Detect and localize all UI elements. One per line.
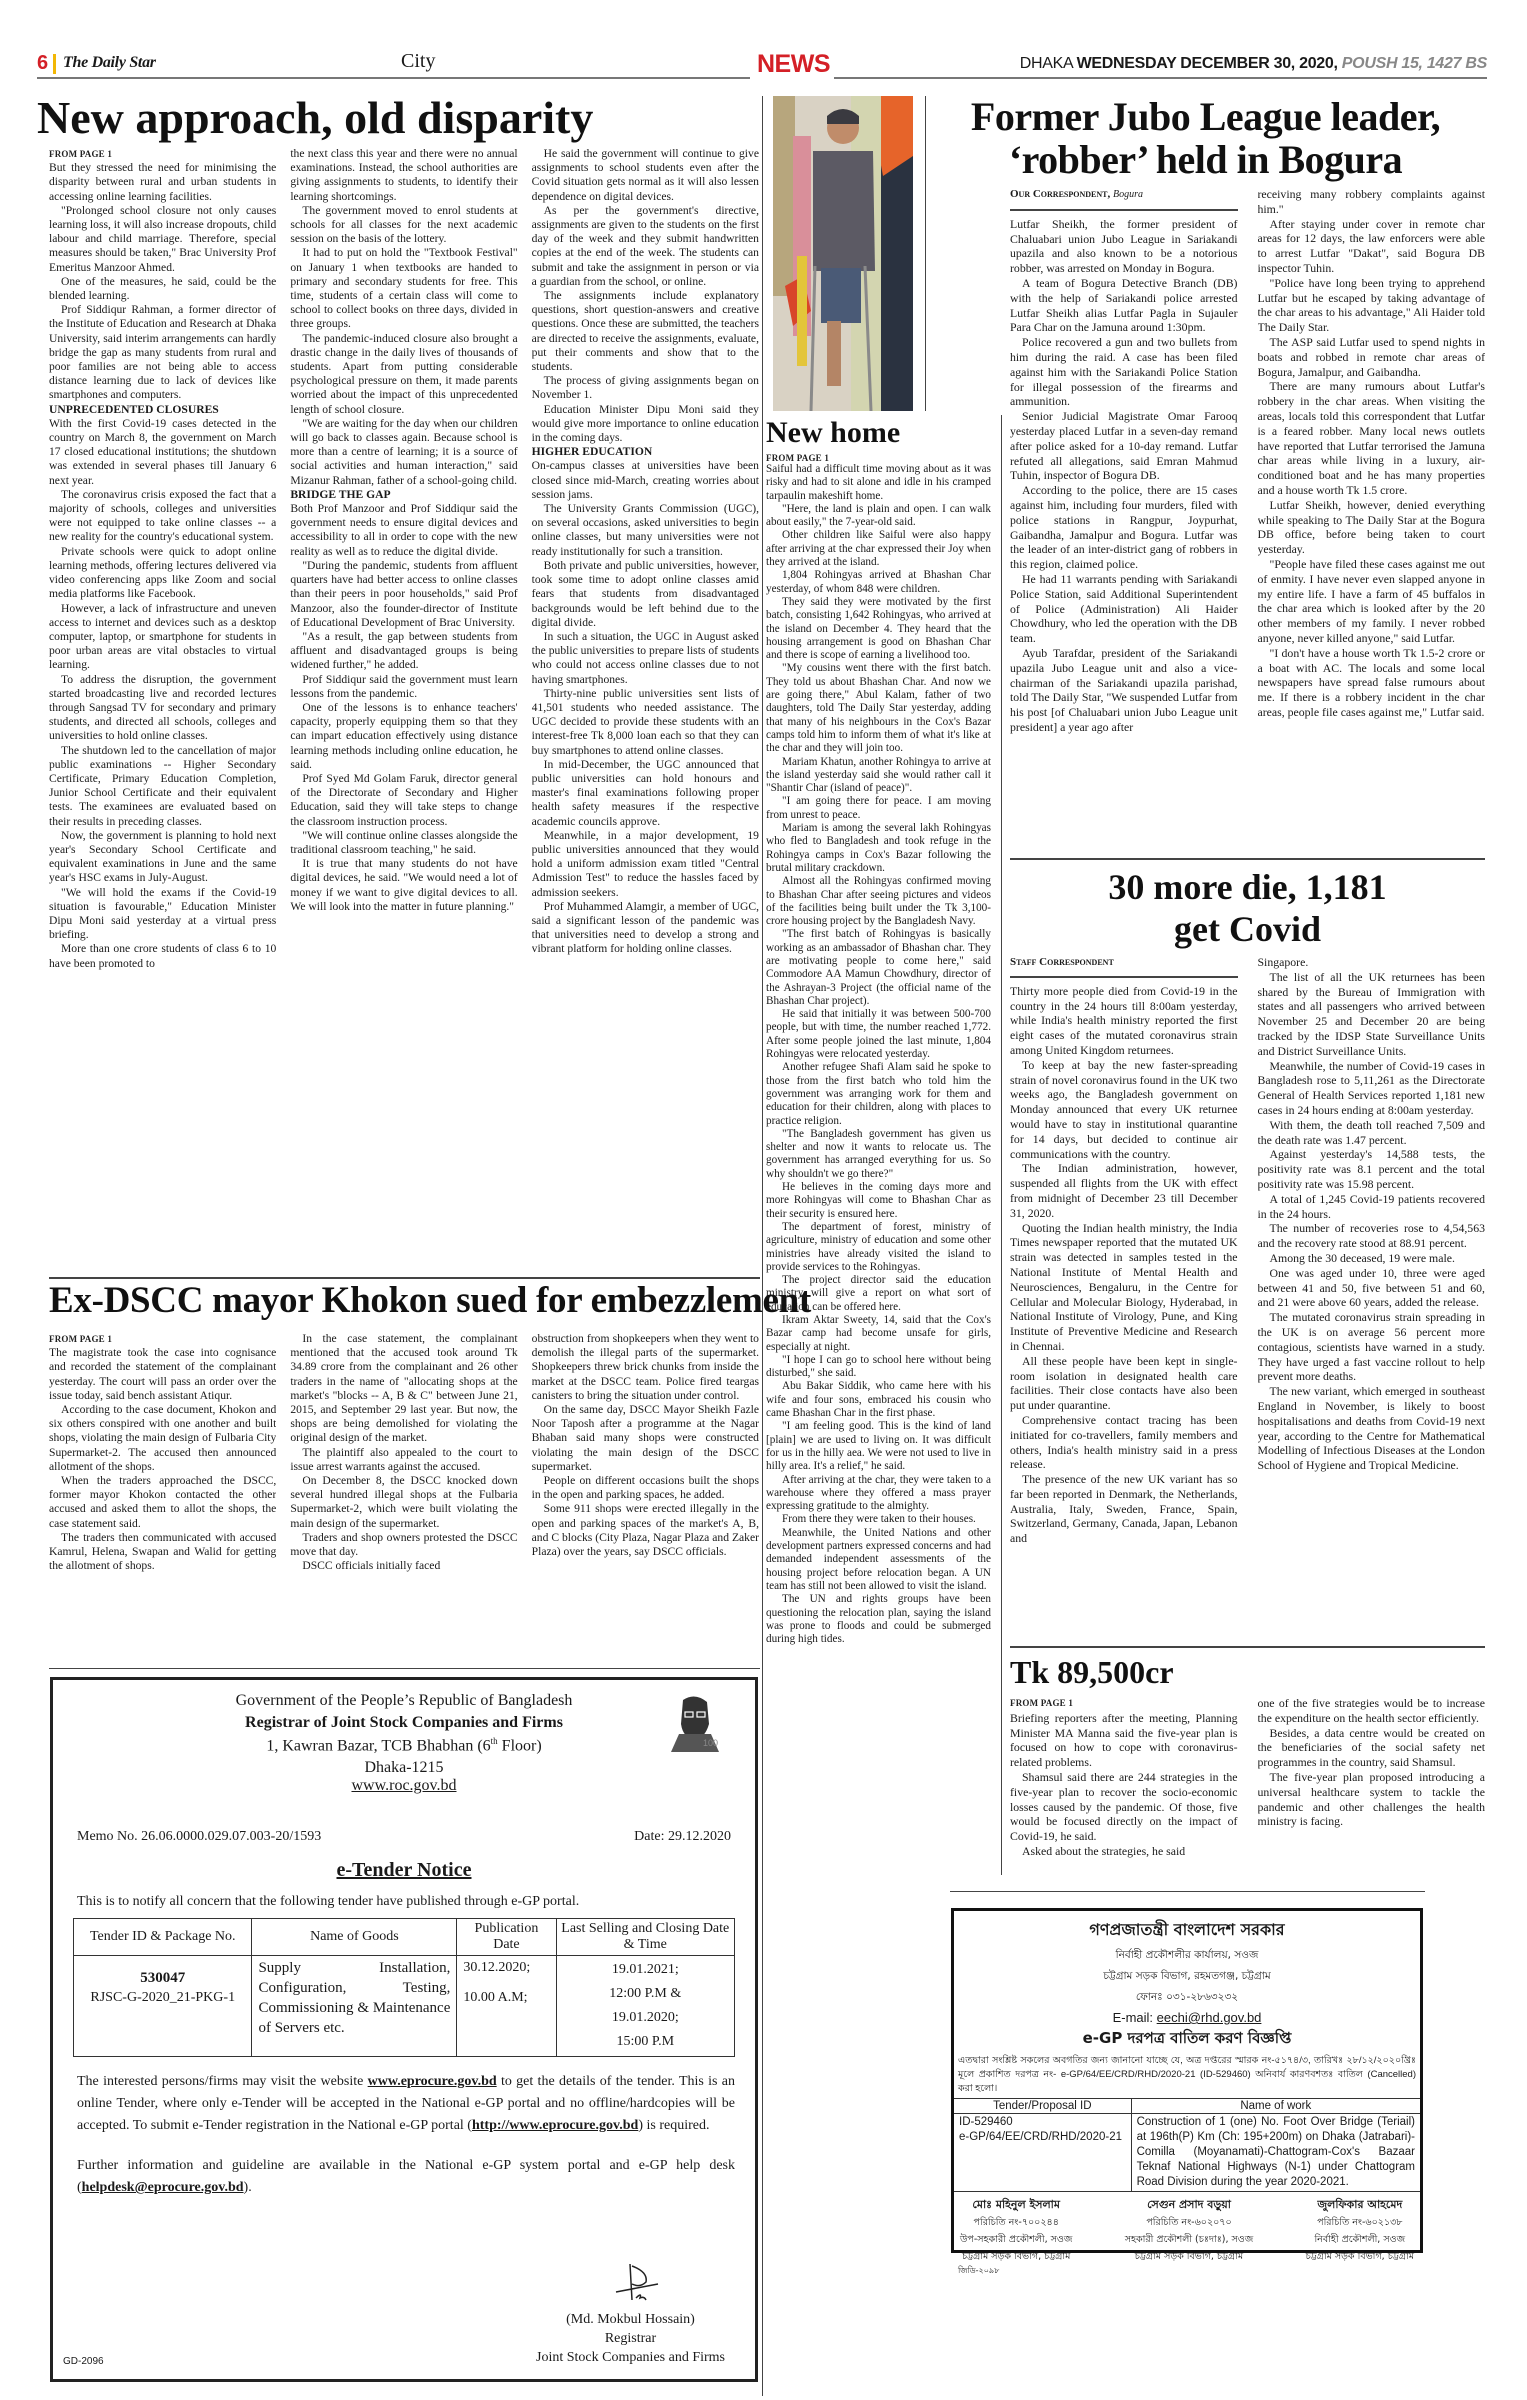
col-header: Name of Goods xyxy=(252,1919,457,1956)
paragraph: one of the five strategies would be to i… xyxy=(1258,1696,1486,1726)
paragraph: The presence of the new UK variant has s… xyxy=(1010,1472,1238,1546)
ad-email: E-mail: eechi@rhd.gov.bd xyxy=(954,2010,1420,2025)
article-tk-body: FROM PAGE 1Briefing reporters after the … xyxy=(1010,1696,1485,1876)
paragraph: the next class this year and there were … xyxy=(290,147,517,204)
article-newhome-body: Saiful had a difficult time moving about… xyxy=(766,463,991,1646)
col-header: Tender/Proposal ID xyxy=(954,2099,1131,2114)
masthead-divider xyxy=(53,54,56,74)
col-header: Tender ID & Package No. xyxy=(74,1919,252,1956)
paragraph: To address the disruption, the governmen… xyxy=(49,673,276,744)
paragraph: "I hope I can go to school here without … xyxy=(766,1354,991,1381)
work-name-cell: Construction of 1 (one) No. Foot Over Br… xyxy=(1131,2114,1420,2192)
paragraph: Meanwhile, the number of Covid-19 cases … xyxy=(1258,1059,1486,1118)
paragraph: Meanwhile, in a major development, 19 pu… xyxy=(532,829,759,900)
page-masthead: 6 The Daily Star City NEWS DHAKA WEDNESD… xyxy=(37,50,1487,80)
article-column: Our Correspondent, BoguraLutfar Sheikh, … xyxy=(1010,187,1238,735)
article-column: Singapore.The list of all the UK returne… xyxy=(1258,955,1486,1546)
paragraph: The five-year plan proposed introducing … xyxy=(1258,1770,1486,1829)
paragraph: There are many rumours about Lutfar's ro… xyxy=(1258,379,1486,497)
goods-cell: Supply Installation, Configuration, Test… xyxy=(252,1956,457,2057)
paragraph: "We will continue online classes alongsi… xyxy=(290,829,517,857)
paragraph: With them, the death toll reached 7,509 … xyxy=(1258,1118,1486,1148)
paragraph: Besides, a data centre would be created … xyxy=(1258,1726,1486,1770)
gd-code: GD-2096 xyxy=(63,2356,104,2367)
paragraph: The mutated coronavirus strain spreading… xyxy=(1258,1310,1486,1384)
paragraph: Mariam is among the several lakh Rohingy… xyxy=(766,822,991,875)
eprocure-link[interactable]: www.eprocure.gov.bd xyxy=(368,2074,497,2089)
etender-helpdesk: Further information and guideline are av… xyxy=(73,2155,735,2199)
paragraph: In such a situation, the UGC in August a… xyxy=(532,630,759,687)
paragraph: Prof Siddiqur said the government must l… xyxy=(290,673,517,701)
paragraph: "The first batch of Rohingyas is basical… xyxy=(766,928,991,1008)
paragraph: As per the government's directive, assig… xyxy=(532,204,759,289)
paragraph: "My cousins went there with the first ba… xyxy=(766,662,991,755)
paragraph: Thirty-nine public universities sent lis… xyxy=(532,687,759,758)
paragraph: "I am feeling good. This is the kind of … xyxy=(766,1420,991,1473)
paragraph: "As a result, the gap between students f… xyxy=(290,630,517,673)
paragraph: It had to put on hold the "Textbook Fest… xyxy=(290,246,517,331)
ad-title: e-GP দরপত্র বাতিল করণ বিজ্ঞপ্তি xyxy=(954,2027,1420,2052)
paragraph: Police recovered a gun and two bullets f… xyxy=(1010,335,1238,409)
subheading: HIGHER EDUCATION xyxy=(532,445,759,459)
byline: Staff Correspondent xyxy=(1010,955,1238,978)
paragraph: After staying under cover in remote char… xyxy=(1258,217,1486,276)
paragraph: Some 911 shops were erected illegally in… xyxy=(532,1502,759,1559)
paragraph: Singapore. xyxy=(1258,955,1486,970)
ad-organization: Registrar of Joint Stock Companies and F… xyxy=(73,1714,735,1732)
memo-number: Memo No. 26.06.0000.029.07.003-20/1593 xyxy=(77,1829,321,1845)
paragraph: The number of recoveries rose to 4,54,56… xyxy=(1258,1221,1486,1251)
paragraph: He had 11 warrants pending with Sariakan… xyxy=(1010,572,1238,646)
paragraph: With the first Covid-19 cases detected i… xyxy=(49,417,276,488)
ad-government-line: গণপ্রজাতন্ত্রী বাংলাদেশ সরকার xyxy=(954,1917,1420,1944)
paragraph: The shutdown led to the cancellation of … xyxy=(49,744,276,829)
paragraph: The pandemic-induced closure also brough… xyxy=(290,332,517,417)
article-newhome: New home FROM PAGE 1 Saiful had a diffic… xyxy=(766,418,991,1646)
publication-date-cell: 30.12.2020; 10.00 A.M; xyxy=(457,1956,556,2057)
category-label: NEWS xyxy=(757,50,830,79)
ad-address: 1, Kawran Bazar, TCB Bhabhan (6th Floor) xyxy=(73,1736,735,1755)
paragraph: A team of Bogura Detective Branch (DB) w… xyxy=(1010,276,1238,335)
table-row: ID-529460 e-GP/64/EE/CRD/RHD/2020-21 Con… xyxy=(954,2114,1420,2192)
paragraph: On the same day, DSCC Mayor Sheikh Fazle… xyxy=(532,1403,759,1474)
mujib-100-logo-icon: 100 xyxy=(665,1694,725,1752)
tender-id-cell: 530047 RJSC-G-2020_21-PKG-1 xyxy=(74,1956,252,2057)
closing-date-cell: 19.01.2021; 12:00 P.M & 19.01.2020; 15:0… xyxy=(556,1956,734,2057)
paragraph: The plaintiff also appealed to the court… xyxy=(290,1446,517,1474)
ad-phone: ফোনঃ ০৩১-২৮৬৩২৩২ xyxy=(954,1990,1420,2007)
article-jubo-body: Our Correspondent, BoguraLutfar Sheikh, … xyxy=(1010,187,1485,827)
paragraph: He said the government will continue to … xyxy=(532,147,759,204)
paragraph: In mid-December, the UGC announced that … xyxy=(532,758,759,829)
col-header: Last Selling and Closing Date & Time xyxy=(556,1919,734,1956)
memo-date: Date: 29.12.2020 xyxy=(634,1829,731,1845)
tender-id-cell: ID-529460 e-GP/64/EE/CRD/RHD/2020-21 xyxy=(954,2114,1131,2192)
paragraph: The coronavirus crisis exposed the fact … xyxy=(49,488,276,545)
article-separator xyxy=(49,1668,760,1669)
etender-notify-text: This is to notify all concern that the f… xyxy=(73,1894,735,1910)
paragraph: "The Bangladesh government has given us … xyxy=(766,1128,991,1181)
article-separator xyxy=(1010,1646,1485,1648)
paragraph: When the traders approached the DSCC, fo… xyxy=(49,1474,276,1531)
news-photo xyxy=(773,96,913,411)
signatory: সেগুন প্রসাদ বড়ুয়াপরিচিতি নং-৬০২০৭০সহক… xyxy=(1125,2196,1254,2265)
table-row: 530047 RJSC-G-2020_21-PKG-1 Supply Insta… xyxy=(74,1956,735,2057)
article-separator xyxy=(1010,858,1485,860)
paragraph: Other children like Saiful were also hap… xyxy=(766,529,991,569)
headline-jubo-league[interactable]: Former Jubo League leader, ‘robber’ held… xyxy=(928,95,1483,181)
paragraph: "We will hold the exams if the Covid-19 … xyxy=(49,886,276,943)
from-page-label: FROM PAGE 1 xyxy=(49,147,276,161)
etender-title: e-Tender Notice xyxy=(73,1859,735,1882)
paragraph: One was aged under 10, three were aged b… xyxy=(1258,1266,1486,1310)
paragraph: Abu Bakar Siddik, who came here with his… xyxy=(766,1380,991,1420)
paragraph: Among the 30 deceased, 19 were male. xyxy=(1258,1251,1486,1266)
paragraph: Ayub Tarafdar, president of the Sariakan… xyxy=(1010,646,1238,735)
article-columns: Staff CorrespondentThirty more people di… xyxy=(1010,955,1485,1546)
paragraph: "Prolonged school closure not only cause… xyxy=(49,204,276,275)
paragraph: Prof Syed Md Golam Faruk, director gener… xyxy=(290,772,517,829)
paragraph: Prof Muhammed Alamgir, a member of UGC, … xyxy=(532,900,759,957)
paragraph: Almost all the Rohingyas confirmed movin… xyxy=(766,875,991,928)
gd-code: জিডি-২০৯৮ xyxy=(954,2265,1420,2278)
signatory: জুলফিকার আহমেদপরিচিতি নং-৬০২১৩৮নির্বাহী … xyxy=(1306,2196,1414,2265)
paragraph: "Here, the land is plain and open. I can… xyxy=(766,503,991,530)
paragraph: On-campus classes at universities have b… xyxy=(532,459,759,502)
paragraph: Both private and public universities, ho… xyxy=(532,559,759,630)
paragraph: Briefing reporters after the meeting, Pl… xyxy=(1010,1711,1238,1770)
headline-newhome[interactable]: New home xyxy=(766,418,991,448)
paragraph: Another refugee Shafi Alam said he spoke… xyxy=(766,1061,991,1127)
paragraph: He believes in the coming days more and … xyxy=(766,1181,991,1221)
paragraph: Against yesterday's 14,588 tests, the po… xyxy=(1258,1147,1486,1191)
masthead-rule xyxy=(834,77,1487,79)
paper-logo[interactable]: The Daily Star xyxy=(63,54,156,72)
paragraph: Prof Siddiqur Rahman, a former director … xyxy=(49,303,276,402)
subheading: BRIDGE THE GAP xyxy=(290,488,517,502)
paragraph: The magistrate took the case into cognis… xyxy=(49,1346,276,1403)
paragraph: Lutfar Sheikh, however, denied everythin… xyxy=(1258,498,1486,557)
paragraph: The Indian administration, however, susp… xyxy=(1010,1161,1238,1220)
tender-table: Tender ID & Package No. Name of Goods Pu… xyxy=(73,1918,735,2057)
article-column: receiving many robbery complaints agains… xyxy=(1258,187,1486,735)
paragraph: More than one crore students of class 6 … xyxy=(49,942,276,970)
paragraph: The government moved to enrol students a… xyxy=(290,204,517,247)
article-column: He said the government will continue to … xyxy=(532,147,759,971)
headline-covid[interactable]: 30 more die, 1,181 get Covid xyxy=(1010,866,1485,950)
headline-tk-89500cr[interactable]: Tk 89,500cr xyxy=(1010,1656,1174,1688)
article-column: one of the five strategies would be to i… xyxy=(1258,1696,1486,1859)
etender-notice-ad: 100 Government of the People’s Republic … xyxy=(50,1677,758,2382)
paragraph: A total of 1,245 Covid-19 patients recov… xyxy=(1258,1192,1486,1222)
byline: Our Correspondent, Bogura xyxy=(1010,187,1238,211)
paragraph: One of the lessons is to enhance teacher… xyxy=(290,701,517,772)
signature-block: (Md. Mokbul Hossain) Registrar Joint Sto… xyxy=(536,2262,725,2367)
ad-website-link[interactable]: www.roc.gov.bd xyxy=(73,1777,735,1795)
headline-disparity[interactable]: New approach, old disparity xyxy=(37,95,593,141)
paragraph: After arriving at the char, they were ta… xyxy=(766,1474,991,1514)
article-column: FROM PAGE 1Briefing reporters after the … xyxy=(1010,1696,1238,1859)
cancelled-tender-table: Tender/Proposal ID Name of work ID-52946… xyxy=(954,2098,1420,2192)
eprocure-http-link[interactable]: http://www.eprocure.gov.bd xyxy=(472,2118,638,2133)
article-column: Staff CorrespondentThirty more people di… xyxy=(1010,955,1238,1546)
paragraph: Lutfar Sheikh, the former president of C… xyxy=(1010,217,1238,276)
egp-cancellation-notice-ad: গণপ্রজাতন্ত্রী বাংলাদেশ সরকার নির্বাহী প… xyxy=(951,1908,1423,2253)
signatories: মোঃ মহিনুল ইসলামপরিচিতি নং-৭০০২৪৪উপ-সহকা… xyxy=(954,2192,1420,2265)
paragraph: Thirty more people died from Covid-19 in… xyxy=(1010,984,1238,1058)
paragraph: According to the case document, Khokon a… xyxy=(49,1403,276,1474)
paragraph: Meanwhile, the United Nations and other … xyxy=(766,1527,991,1593)
headline-khokon[interactable]: Ex-DSCC mayor Khokon sued for embezzleme… xyxy=(49,1282,811,1319)
paragraph: People on different occasions built the … xyxy=(532,1474,759,1502)
issue-date: DHAKA WEDNESDAY DECEMBER 30, 2020, POUSH… xyxy=(1020,55,1487,73)
from-page-label: FROM PAGE 1 xyxy=(1010,1696,1238,1711)
paragraph: obstruction from shopkeepers when they w… xyxy=(532,1332,759,1403)
paragraph: However, a lack of infrastructure and un… xyxy=(49,602,276,673)
ad-division: চট্টগ্রাম সড়ক বিভাগ, রহমতগঞ্জ, চট্টগ্রা… xyxy=(954,1969,1420,1986)
paragraph: Asked about the strategies, he said xyxy=(1010,1844,1238,1859)
signatory: মোঃ মহিনুল ইসলামপরিচিতি নং-৭০০২৪৪উপ-সহকা… xyxy=(960,2196,1072,2265)
paragraph: From there they were taken to their hous… xyxy=(766,1513,991,1526)
paragraph: Private schools were quick to adopt onli… xyxy=(49,545,276,602)
photo-boy-on-crutches-icon xyxy=(773,96,913,411)
paragraph: Mariam Khatun, another Rohingya to arriv… xyxy=(766,756,991,796)
paragraph: The ASP said Lutfar used to spend nights… xyxy=(1258,335,1486,379)
ad-government-line: Government of the People’s Republic of B… xyxy=(73,1692,735,1710)
article-column: FROM PAGE 1The magistrate took the case … xyxy=(49,1332,276,1573)
article-columns: FROM PAGE 1But they stressed the need fo… xyxy=(49,147,759,971)
paragraph: He said that initially it was between 50… xyxy=(766,1008,991,1061)
paragraph: The process of giving assignments began … xyxy=(532,374,759,402)
paragraph: The department of forest, ministry of ag… xyxy=(766,1221,991,1274)
article-column: obstruction from shopkeepers when they w… xyxy=(532,1332,759,1573)
masthead-rule xyxy=(37,77,750,79)
paragraph: On December 8, the DSCC knocked down sev… xyxy=(290,1474,517,1531)
paragraph: But they stressed the need for minimisin… xyxy=(49,161,276,204)
memo-row: Memo No. 26.06.0000.029.07.003-20/1593 D… xyxy=(73,1829,735,1845)
col-header: Publication Date xyxy=(457,1919,556,1956)
paragraph: The University Grants Commission (UGC), … xyxy=(532,502,759,559)
column-divider xyxy=(1001,415,1002,1875)
paragraph: Senior Judicial Magistrate Omar Farooq y… xyxy=(1010,409,1238,483)
ad-office: নির্বাহী প্রকৌশলীর কার্যালয়, সওজ xyxy=(954,1948,1420,1965)
paragraph: 1,804 Rohingyas arrived at Bhashan Char … xyxy=(766,569,991,596)
article-columns: Our Correspondent, BoguraLutfar Sheikh, … xyxy=(1010,187,1485,735)
paragraph: Comprehensive contact tracing has been i… xyxy=(1010,1413,1238,1472)
col-header: Name of work xyxy=(1131,2099,1420,2114)
subheading: UNPRECEDENTED CLOSURES xyxy=(49,403,276,417)
article-disparity-body: FROM PAGE 1But they stressed the need fo… xyxy=(49,147,759,1297)
paragraph: The UN and rights groups have been quest… xyxy=(766,1593,991,1646)
paragraph: One of the measures, he said, could be t… xyxy=(49,275,276,303)
paragraph: It is true that many students do not hav… xyxy=(290,857,517,914)
paragraph: receiving many robbery complaints agains… xyxy=(1258,187,1486,217)
ad-body-text: এতদ্বারা সংশ্লিষ্ট সকলের অবগতির জন্য জান… xyxy=(954,2052,1420,2098)
paragraph: All these people have been kept in singl… xyxy=(1010,1354,1238,1413)
helpdesk-email-link[interactable]: helpdesk@eprocure.gov.bd xyxy=(82,2180,244,2195)
paragraph: Quoting the Indian health ministry, the … xyxy=(1010,1221,1238,1354)
signature-icon xyxy=(596,2262,666,2304)
paragraph: Both Prof Manzoor and Prof Siddiqur said… xyxy=(290,502,517,559)
column-divider xyxy=(762,96,763,2396)
paragraph: "I am going there for peace. I am moving… xyxy=(766,795,991,822)
etender-instructions: The interested persons/firms may visit t… xyxy=(73,2071,735,2137)
page-number: 6 xyxy=(37,52,48,75)
article-column: In the case statement, the complainant m… xyxy=(290,1332,517,1573)
paragraph: The assignments include explanatory ques… xyxy=(532,289,759,374)
article-separator xyxy=(950,1891,1425,1892)
article-covid-body: Staff CorrespondentThirty more people di… xyxy=(1010,955,1485,1595)
paragraph: Now, the government is planning to hold … xyxy=(49,829,276,886)
paragraph: In the case statement, the complainant m… xyxy=(290,1332,517,1446)
from-page-label: FROM PAGE 1 xyxy=(49,1332,276,1346)
article-khokon-body: FROM PAGE 1The magistrate took the case … xyxy=(49,1332,759,1582)
paragraph: Traders and shop owners protested the DS… xyxy=(290,1531,517,1559)
paragraph: Saiful had a difficult time moving about… xyxy=(766,463,991,503)
paragraph: "I don't have a house worth Tk 1.5-2 cro… xyxy=(1258,646,1486,720)
paragraph: The new variant, which emerged in southe… xyxy=(1258,1384,1486,1473)
article-column: the next class this year and there were … xyxy=(290,147,517,971)
paragraph: "Police have long been trying to apprehe… xyxy=(1258,276,1486,335)
ad-city: Dhaka-1215 xyxy=(73,1759,735,1777)
paragraph: "During the pandemic, students from affl… xyxy=(290,559,517,630)
paragraph: According to the police, there are 15 ca… xyxy=(1010,483,1238,572)
paragraph: The list of all the UK returnees has bee… xyxy=(1258,970,1486,1059)
paragraph: They said they were motivated by the fir… xyxy=(766,596,991,662)
paragraph: DSCC officials initially faced xyxy=(290,1559,517,1573)
article-columns: FROM PAGE 1Briefing reporters after the … xyxy=(1010,1696,1485,1859)
paragraph: To keep at bay the new faster-spreading … xyxy=(1010,1058,1238,1162)
paragraph: "We are waiting for the day when our chi… xyxy=(290,417,517,488)
email-link[interactable]: eechi@rhd.gov.bd xyxy=(1157,2010,1262,2025)
paragraph: Education Minister Dipu Moni said they w… xyxy=(532,403,759,446)
section-name: City xyxy=(401,50,435,73)
column-divider xyxy=(925,96,926,411)
article-columns: FROM PAGE 1The magistrate took the case … xyxy=(49,1332,759,1573)
paragraph: "People have filed these cases against m… xyxy=(1258,557,1486,646)
article-column: FROM PAGE 1But they stressed the need fo… xyxy=(49,147,276,971)
from-page-label: FROM PAGE 1 xyxy=(766,453,991,463)
svg-text:100: 100 xyxy=(703,1738,718,1748)
paragraph: Shamsul said there are 244 strategies in… xyxy=(1010,1770,1238,1844)
paragraph: The traders then communicated with accus… xyxy=(49,1531,276,1574)
